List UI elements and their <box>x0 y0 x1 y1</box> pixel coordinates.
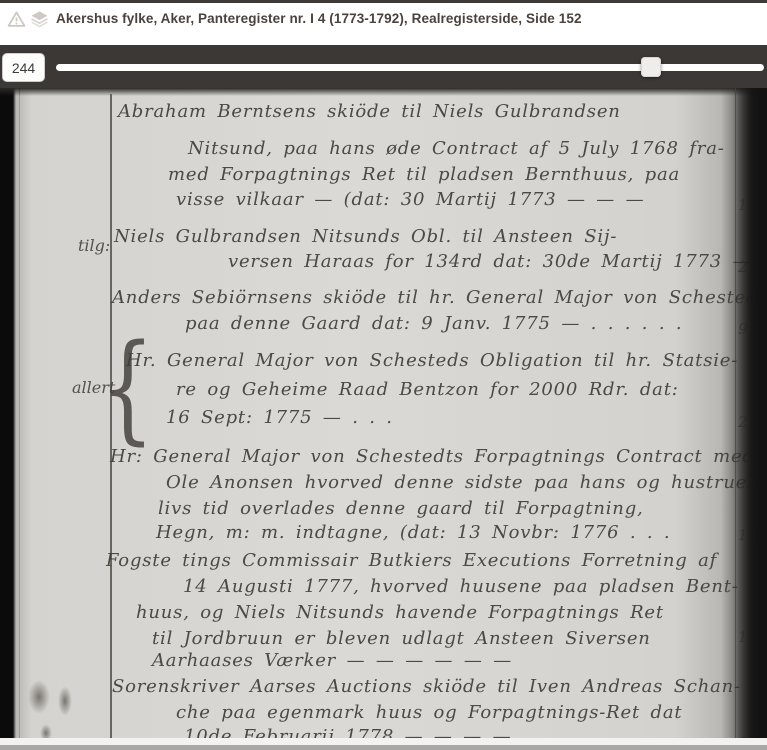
handwritten-line: 14 Augusti 1777, hvorved huusene paa pla… <box>183 576 739 597</box>
handwritten-line: 16 Sept: 1775 — . . . <box>166 407 393 428</box>
handwritten-line: til Jordbruun er bleven udlagt Ansteen S… <box>152 628 651 649</box>
source-title: Akershus fylke, Aker, Panteregister nr. … <box>56 11 582 26</box>
margin-note: tilg: <box>78 236 110 255</box>
handwritten-line: 10de Februarij 1778 — — — — <box>184 726 511 738</box>
bottom-light-strip <box>0 738 767 745</box>
handwritten-line: Hegn, m: m. indtagne, (dat: 13 Novbr: 17… <box>156 522 670 543</box>
page-slider[interactable] <box>56 64 764 71</box>
page-fold-line <box>19 88 20 738</box>
scan-right-edge <box>733 88 767 738</box>
handwritten-line: Ole Anonsen hvorved denne sidste paa han… <box>166 472 757 493</box>
archive-image-viewer: Akershus fylke, Aker, Panteregister nr. … <box>0 0 767 750</box>
handwritten-line: Nitsund, paa hans øde Contract af 5 July… <box>188 138 725 159</box>
ink-smudge <box>58 686 72 716</box>
handwritten-line: Fogste tings Commissair Butkiers Executi… <box>106 550 717 571</box>
scan-top-edge <box>0 88 767 96</box>
handwritten-line: re og Geheime Raad Bentzon for 2000 Rdr.… <box>176 379 679 400</box>
handwritten-line: paa denne Gaard dat: 9 Janv. 1775 — . . … <box>185 313 682 334</box>
bottom-gray-strip <box>0 745 767 750</box>
handwritten-line: Hr. General Major von Schesteds Obligati… <box>126 350 738 371</box>
ink-smudge <box>28 680 50 714</box>
handwritten-line: Aarhaases Værker — — — — — — <box>152 650 512 671</box>
source-header: Akershus fylke, Aker, Panteregister nr. … <box>0 3 767 45</box>
handwritten-line: Sorenskriver Aarses Auctions skiöde til … <box>112 676 741 697</box>
handwritten-line: versen Haraas for 134rd dat: 30de Martij… <box>228 251 751 272</box>
handwritten-line: livs tid overlades denne gaard til Forpa… <box>158 498 644 519</box>
scanned-document[interactable]: tilg: allert { Abraham Berntsens skiöde … <box>0 88 767 738</box>
warning-icon[interactable] <box>7 10 26 29</box>
layers-icon[interactable] <box>30 9 49 28</box>
handwritten-line: che paa egenmark huus og Forpagtnings-Re… <box>176 702 682 723</box>
handwritten-line: Abraham Berntsens skiöde til Niels Gulbr… <box>118 101 621 122</box>
slider-handle[interactable] <box>641 57 661 77</box>
handwritten-line: Hr: General Major von Schestedts Forpagt… <box>110 446 755 467</box>
handwritten-line: Niels Gulbrandsen Nitsunds Obl. til Anst… <box>114 226 617 247</box>
viewer-toolbar <box>0 45 767 88</box>
handwritten-line: med Forpagtnings Ret til pladsen Bernthu… <box>168 164 680 185</box>
handwritten-line: Anders Sebiörnsens skiöde til hr. Genera… <box>112 287 767 308</box>
page-number-input[interactable] <box>2 53 45 82</box>
ink-smudge <box>40 724 52 738</box>
handwritten-line: huus, og Niels Nitsunds havende Forpagtn… <box>136 602 664 623</box>
handwritten-line: visse vilkaar — (dat: 30 Martij 1773 — —… <box>176 189 644 210</box>
